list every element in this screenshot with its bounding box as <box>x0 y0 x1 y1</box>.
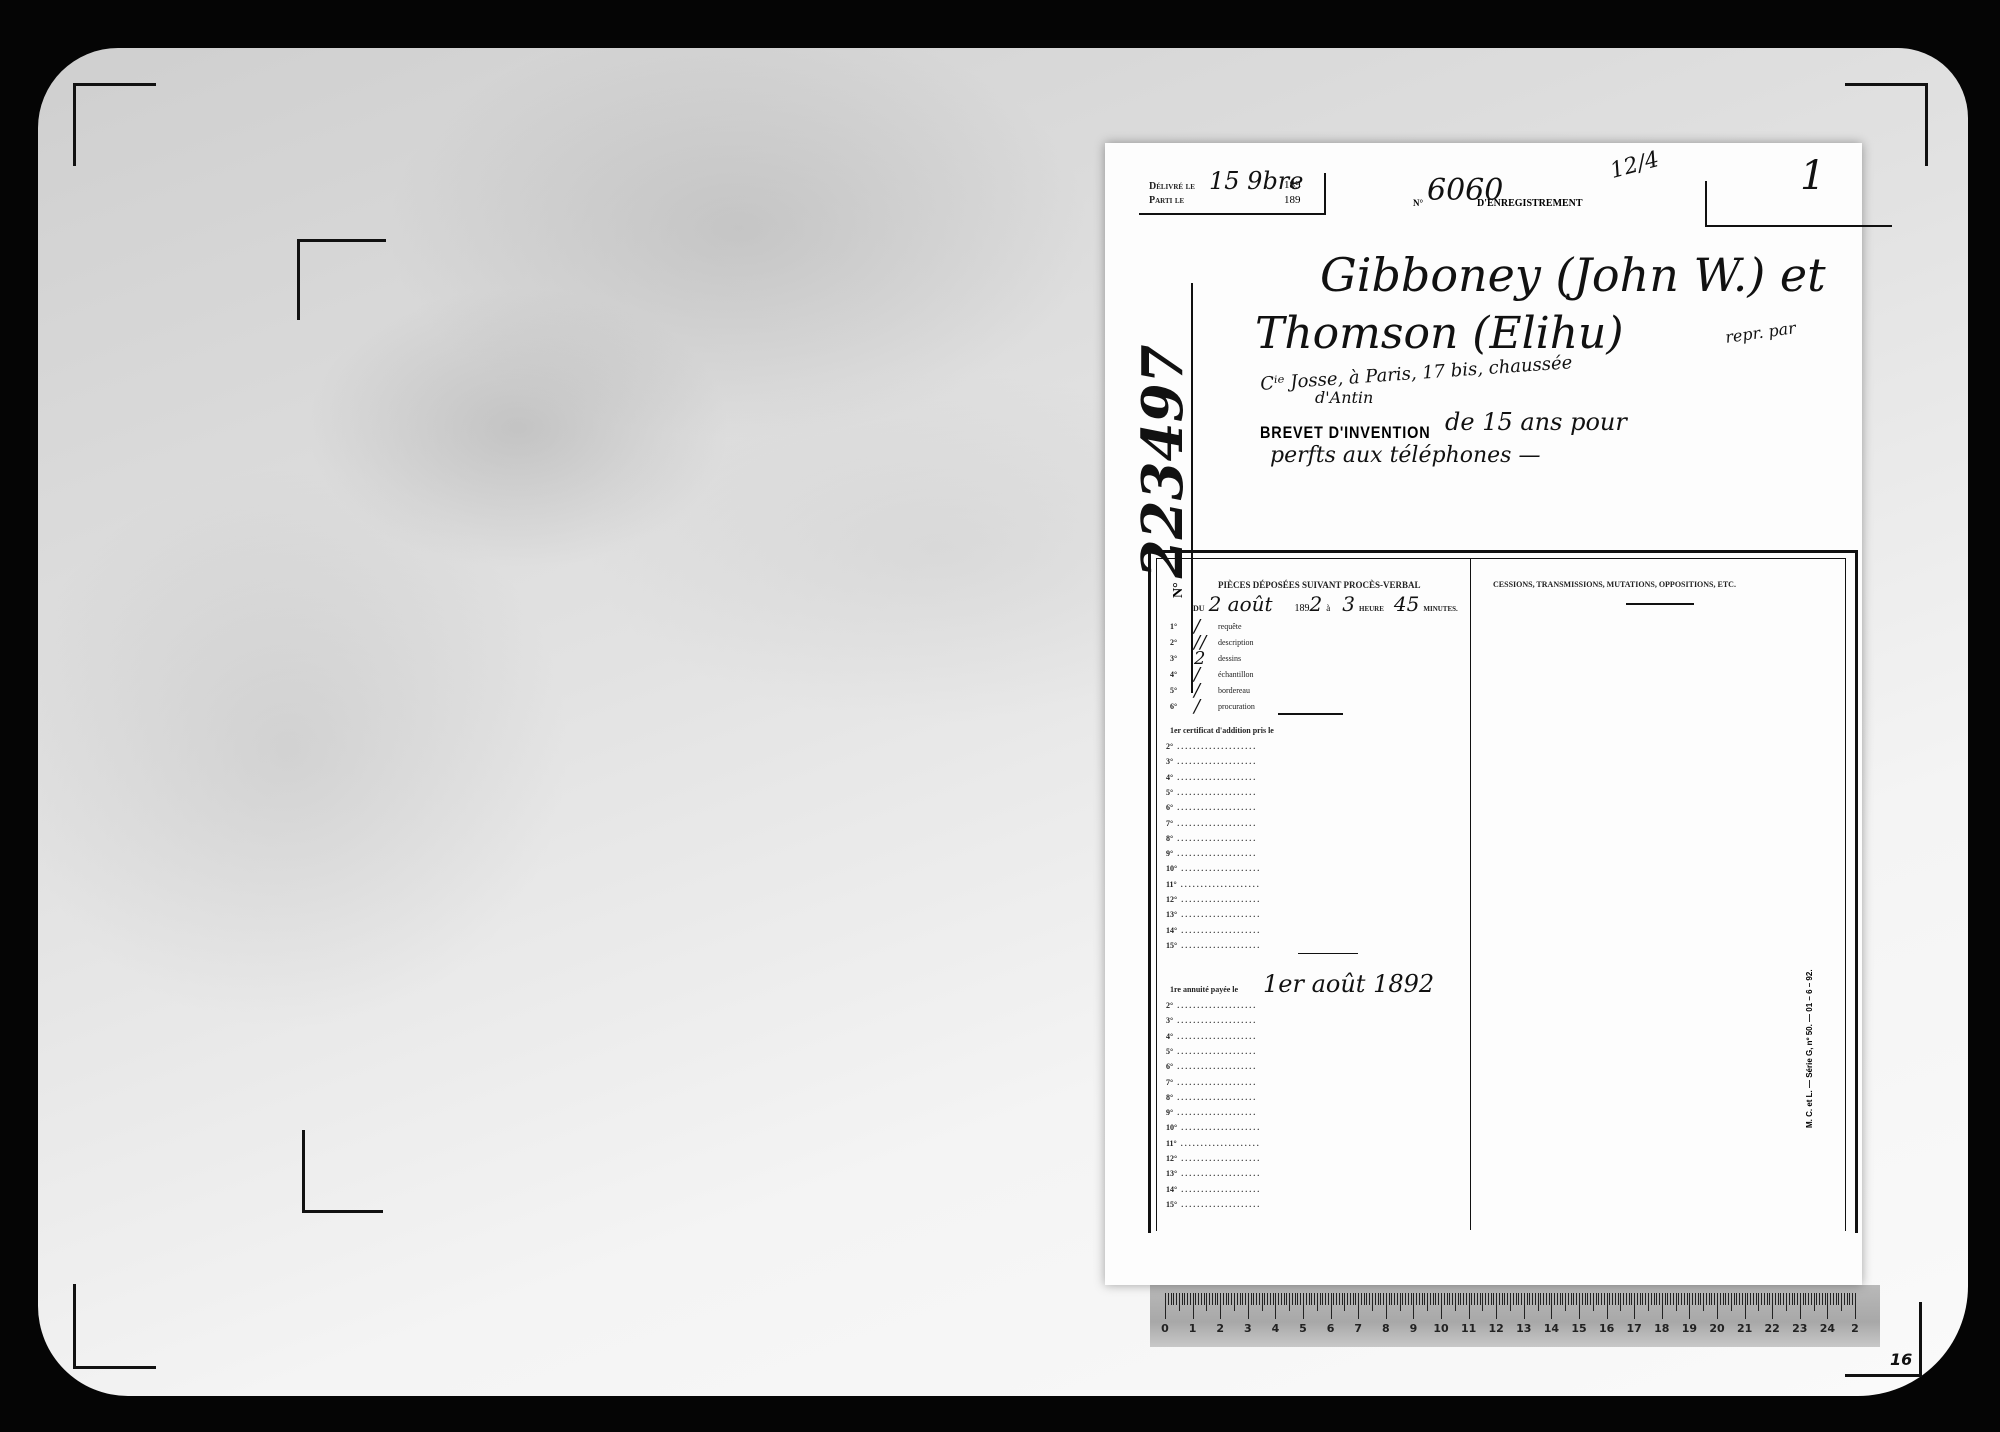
ruler-tick <box>1311 1293 1312 1305</box>
ruler-tick <box>1234 1293 1235 1311</box>
ruler-tick <box>1493 1293 1494 1305</box>
ruler-tick <box>1535 1293 1536 1305</box>
ruler-tick <box>1703 1293 1704 1311</box>
dotted-leader: .................... <box>1177 1200 1261 1209</box>
ruler-label: 7 <box>1354 1322 1362 1335</box>
year-prefix: 189 <box>1295 603 1310 614</box>
ruler-tick <box>1248 1293 1249 1319</box>
ruler-tick <box>1179 1293 1180 1311</box>
annuity-row: 12° .................... <box>1166 1154 1261 1163</box>
annuity-row: 15° .................... <box>1166 1200 1261 1209</box>
dotted-leader: .................... <box>1177 880 1261 889</box>
certificate-row: 9° .................... <box>1166 849 1257 858</box>
ruler-label: 10 <box>1433 1322 1448 1335</box>
ruler-tick <box>1579 1293 1580 1319</box>
certificate-row: 5° .................... <box>1166 788 1257 797</box>
ruler-tick <box>1201 1293 1202 1305</box>
ruler-tick <box>1767 1293 1768 1305</box>
piece-number: 2° <box>1170 638 1177 647</box>
ruler-tick <box>1504 1293 1505 1305</box>
ruler-tick <box>1168 1293 1169 1305</box>
ruler-tick <box>1827 1293 1828 1319</box>
ruler-tick <box>1444 1293 1445 1305</box>
ruler-tick <box>1383 1293 1384 1305</box>
ruler-tick <box>1789 1293 1790 1305</box>
piece-label: dessins <box>1218 654 1241 663</box>
ruler-label: 15 <box>1571 1322 1586 1335</box>
ruler-tick <box>1747 1293 1748 1305</box>
minutes-value: 45 <box>1394 592 1419 616</box>
ruler-tick <box>1353 1293 1354 1305</box>
certificate-row: 6° .................... <box>1166 803 1257 812</box>
ruler-label: 3 <box>1244 1322 1252 1335</box>
ruler-tick <box>1645 1293 1646 1305</box>
ruler-tick <box>1411 1293 1412 1305</box>
annuity-row: 11° .................... <box>1166 1139 1261 1148</box>
dotted-leader: .................... <box>1173 1062 1257 1071</box>
ruler-tick <box>1736 1293 1737 1305</box>
ruler-label: 23 <box>1792 1322 1807 1335</box>
dotted-leader: .................... <box>1177 1139 1261 1148</box>
ruler-tick <box>1435 1293 1436 1305</box>
minutes-label: MINUTES. <box>1423 605 1457 613</box>
ruler-tick <box>1378 1293 1379 1305</box>
ruler-label: 6 <box>1327 1322 1335 1335</box>
dotted-leader: .................... <box>1173 819 1257 828</box>
annuity-row: 7° .................... <box>1166 1078 1257 1087</box>
annuity-row: 3° .................... <box>1166 1016 1257 1025</box>
ruler-tick <box>1485 1293 1486 1305</box>
right-header: CESSIONS, TRANSMISSIONS, MUTATIONS, OPPO… <box>1493 580 1736 589</box>
ruler-tick <box>1339 1293 1340 1305</box>
piece-number: 4° <box>1170 670 1177 679</box>
registration-prefix: N° <box>1413 198 1423 208</box>
ruler-label: 5 <box>1299 1322 1307 1335</box>
ruler-tick <box>1830 1293 1831 1305</box>
ruler-label: 14 <box>1544 1322 1559 1335</box>
ruler-tick <box>1391 1293 1392 1305</box>
ruler-tick <box>1482 1293 1483 1311</box>
ruler-label: 0 <box>1161 1322 1169 1335</box>
certificate-row: 8° .................... <box>1166 834 1257 843</box>
annuity-row: 9° .................... <box>1166 1108 1257 1117</box>
ruler-tick <box>1772 1293 1773 1319</box>
dotted-leader: .................... <box>1177 926 1261 935</box>
ruler-tick <box>1463 1293 1464 1305</box>
ruler-tick <box>1841 1293 1842 1311</box>
ruler-label: 16 <box>1599 1322 1614 1335</box>
ruler-tick <box>1529 1293 1530 1305</box>
ruler-tick <box>1792 1293 1793 1305</box>
ruler-tick <box>1816 1293 1817 1305</box>
ruler-label: 18 <box>1654 1322 1669 1335</box>
ruler-label: 22 <box>1765 1322 1780 1335</box>
row-number: 12° <box>1166 895 1177 904</box>
dotted-leader: .................... <box>1177 941 1261 950</box>
ruler-label: 2 <box>1216 1322 1224 1335</box>
dotted-leader: .................... <box>1177 895 1261 904</box>
ruler-tick <box>1648 1293 1649 1311</box>
ruler-tick <box>1165 1293 1166 1319</box>
dotted-leader: .................... <box>1177 910 1261 919</box>
ruler-tick <box>1309 1293 1310 1305</box>
ruler-tick <box>1543 1293 1544 1305</box>
ruler-tick <box>1582 1293 1583 1305</box>
ruler-tick <box>1215 1293 1216 1305</box>
a-label: à <box>1326 603 1330 613</box>
piece-number: 5° <box>1170 686 1177 695</box>
ruler-tick <box>1322 1293 1323 1305</box>
ruler-tick <box>1546 1293 1547 1305</box>
ruler-tick <box>1585 1293 1586 1305</box>
ruler-tick <box>1281 1293 1282 1305</box>
ruler-tick <box>1471 1293 1472 1305</box>
ruler-tick <box>1626 1293 1627 1305</box>
certificates-divider <box>1298 953 1358 954</box>
row-number: 14° <box>1166 926 1177 935</box>
ruler-tick <box>1209 1293 1210 1305</box>
annuity-row: 10° .................... <box>1166 1123 1261 1132</box>
certificate-row: 4° .................... <box>1166 773 1257 782</box>
ruler-tick <box>1336 1293 1337 1305</box>
certificate-row: 14° .................... <box>1166 926 1261 935</box>
ruler-tick <box>1532 1293 1533 1305</box>
ruler-tick <box>1640 1293 1641 1305</box>
ruler-tick <box>1596 1293 1597 1305</box>
ruler-tick <box>1358 1293 1359 1319</box>
ruler-tick <box>1538 1293 1539 1311</box>
patent-title-label: BREVET D'INVENTION <box>1260 423 1430 443</box>
ruler-tick <box>1811 1293 1812 1305</box>
ruler-label: 11 <box>1461 1322 1476 1335</box>
ruler-tick <box>1438 1293 1439 1305</box>
folio-number: 12/4 <box>1608 147 1662 184</box>
ruler-tick <box>1670 1293 1671 1305</box>
ruler-tick <box>1502 1293 1503 1305</box>
ruler-tick <box>1419 1293 1420 1305</box>
ruler-tick <box>1631 1293 1632 1305</box>
certificate-row: 3° .................... <box>1166 757 1257 766</box>
annuity-row: 4° .................... <box>1166 1032 1257 1041</box>
annuity-first-value: 1er août 1892 <box>1263 970 1434 998</box>
ruler-tick <box>1228 1293 1229 1305</box>
deposit-line: DU 2 août 1892 à 3 HEURE 45 MINUTES. <box>1193 592 1458 616</box>
row-number: 13° <box>1166 1169 1177 1178</box>
row-number: 15° <box>1166 1200 1177 1209</box>
year-suffix: 2 <box>1310 592 1323 616</box>
ruler-tick <box>1571 1293 1572 1305</box>
row-number: 11° <box>1166 1139 1177 1148</box>
ruler-label: 17 <box>1627 1322 1642 1335</box>
ruler-tick <box>1427 1293 1428 1311</box>
ruler-label: 21 <box>1737 1322 1752 1335</box>
ruler-tick <box>1516 1293 1517 1305</box>
annuity-row: 5° .................... <box>1166 1047 1257 1056</box>
ruler-tick <box>1604 1293 1605 1305</box>
ruler-tick <box>1264 1293 1265 1305</box>
ruler-tick <box>1413 1293 1414 1319</box>
ruler-tick <box>1797 1293 1798 1305</box>
ruler-tick <box>1389 1293 1390 1305</box>
ruler-tick <box>1524 1293 1525 1319</box>
dotted-leader: .................... <box>1173 1047 1257 1056</box>
ruler-tick <box>1270 1293 1271 1305</box>
hour-label: HEURE <box>1359 605 1384 613</box>
ruler-tick <box>1778 1293 1779 1305</box>
ruler-tick <box>1667 1293 1668 1305</box>
ruler-tick <box>1587 1293 1588 1305</box>
ruler-tick <box>1380 1293 1381 1305</box>
ruler-tick <box>1620 1293 1621 1311</box>
ruler-tick <box>1844 1293 1845 1305</box>
ruler-tick <box>1441 1293 1442 1319</box>
dotted-leader: .................... <box>1177 1154 1261 1163</box>
pieces-divider <box>1278 713 1343 715</box>
ruler-tick <box>1364 1293 1365 1305</box>
ruler-tick <box>1204 1293 1205 1305</box>
ruler-tick <box>1822 1293 1823 1305</box>
ruler-tick <box>1855 1293 1856 1319</box>
ruler-tick <box>1251 1293 1252 1305</box>
ruler-label: 13 <box>1516 1322 1531 1335</box>
ruler-tick <box>1734 1293 1735 1305</box>
dotted-leader: .................... <box>1173 1078 1257 1087</box>
dotted-leader: .................... <box>1177 1123 1261 1132</box>
ruler-tick <box>1562 1293 1563 1305</box>
du-label: DU <box>1193 604 1205 613</box>
ruler-tick <box>1568 1293 1569 1305</box>
piece-label: description <box>1218 638 1254 647</box>
ruler-tick <box>1847 1293 1848 1305</box>
ruler-tick <box>1794 1293 1795 1305</box>
ruler-tick <box>1273 1293 1274 1305</box>
ruler-tick <box>1833 1293 1834 1305</box>
ruler-tick <box>1745 1293 1746 1319</box>
ruler-tick <box>1267 1293 1268 1305</box>
ruler-tick <box>1220 1293 1221 1319</box>
ruler-tick <box>1673 1293 1674 1305</box>
dotted-leader: .................... <box>1173 1032 1257 1041</box>
dotted-leader: .................... <box>1177 1169 1261 1178</box>
ruler-tick <box>1325 1293 1326 1305</box>
ruler-tick <box>1449 1293 1450 1305</box>
ruler-tick <box>1510 1293 1511 1311</box>
ruler-label: 12 <box>1489 1322 1504 1335</box>
piece-number: 3° <box>1170 654 1177 663</box>
ruler-tick <box>1342 1293 1343 1305</box>
ruler-tick <box>1171 1293 1172 1305</box>
annuity-row: 13° .................... <box>1166 1169 1261 1178</box>
ruler-tick <box>1297 1293 1298 1305</box>
inner-mark-bottom-left <box>302 1130 383 1213</box>
ruler-tick <box>1808 1293 1809 1305</box>
row-number: 14° <box>1166 1185 1177 1194</box>
ruler-tick <box>1394 1293 1395 1305</box>
ruler-tick <box>1637 1293 1638 1305</box>
row-number: 12° <box>1166 1154 1177 1163</box>
ruler-tick <box>1717 1293 1718 1319</box>
ruler-tick <box>1402 1293 1403 1305</box>
ruler-tick <box>1217 1293 1218 1305</box>
ruler-tick <box>1193 1293 1194 1319</box>
ruler-tick <box>1499 1293 1500 1305</box>
ruler-tick <box>1278 1293 1279 1305</box>
ruler-tick <box>1173 1293 1174 1305</box>
ruler-tick <box>1687 1293 1688 1305</box>
certificates-first: 1er certificat d'addition pris le <box>1170 726 1274 735</box>
ruler-tick <box>1284 1293 1285 1305</box>
annuities-first: 1re annuité payée le <box>1170 985 1238 994</box>
ruler-tick <box>1656 1293 1657 1305</box>
piece-label: procuration <box>1218 702 1255 711</box>
ruler-tick <box>1328 1293 1329 1305</box>
dotted-leader: .................... <box>1173 803 1257 812</box>
ruler-tick <box>1819 1293 1820 1305</box>
ruler-tick <box>1659 1293 1660 1305</box>
ruler-tick <box>1259 1293 1260 1305</box>
ruler-tick <box>1212 1293 1213 1305</box>
ruler-tick <box>1375 1293 1376 1305</box>
ruler-tick <box>1386 1293 1387 1319</box>
ruler-tick <box>1836 1293 1837 1305</box>
ruler-label: 4 <box>1272 1322 1280 1335</box>
ruler-tick <box>1430 1293 1431 1305</box>
row-number: 11° <box>1166 880 1177 889</box>
ruler-tick <box>1256 1293 1257 1305</box>
ruler-tick <box>1231 1293 1232 1305</box>
ruler-tick <box>1447 1293 1448 1305</box>
ruler-tick <box>1728 1293 1729 1305</box>
ruler-tick <box>1350 1293 1351 1305</box>
ruler-label: 9 <box>1410 1322 1418 1335</box>
ruler-tick <box>1397 1293 1398 1305</box>
ruler-tick <box>1662 1293 1663 1319</box>
piece-label: requête <box>1218 622 1242 631</box>
sheet-number: 1 <box>1800 153 1825 199</box>
ruler-tick <box>1474 1293 1475 1305</box>
ruler-tick <box>1764 1293 1765 1305</box>
ruler-tick <box>1237 1293 1238 1305</box>
ruler-tick <box>1469 1293 1470 1319</box>
corner-mark-top-left <box>73 83 156 166</box>
ruler-tick <box>1623 1293 1624 1305</box>
ruler-tick <box>1320 1293 1321 1305</box>
ruler-tick <box>1361 1293 1362 1305</box>
dotted-leader: .................... <box>1177 1185 1261 1194</box>
ruler-tick <box>1416 1293 1417 1305</box>
ruler-tick <box>1692 1293 1693 1305</box>
corner-mark-bottom-left <box>73 1284 156 1369</box>
ruler-tick <box>1286 1293 1287 1305</box>
ruler-tick <box>1477 1293 1478 1305</box>
ruler-tick <box>1593 1293 1594 1311</box>
ruler-tick <box>1695 1293 1696 1305</box>
ruler-tick <box>1300 1293 1301 1305</box>
ruler-tick <box>1775 1293 1776 1305</box>
row-number: 15° <box>1166 941 1177 950</box>
ruler-tick <box>1573 1293 1574 1305</box>
dotted-leader: .................... <box>1173 1093 1257 1102</box>
ruler-tick <box>1551 1293 1552 1319</box>
ruler-tick <box>1518 1293 1519 1305</box>
piece-count: / <box>1194 696 1200 717</box>
ruler-tick <box>1576 1293 1577 1305</box>
ruler-tick <box>1253 1293 1254 1305</box>
scale-ruler: 0123456789101112131415161718192021222324… <box>1150 1285 1880 1347</box>
ruler-tick <box>1333 1293 1334 1305</box>
deposit-date: 2 août <box>1209 592 1273 616</box>
ruler-tick <box>1849 1293 1850 1305</box>
ruler-tick <box>1554 1293 1555 1305</box>
patent-number: 223497 <box>1130 344 1196 578</box>
patent-subject-line-2: perfts aux téléphones — <box>1270 443 1540 468</box>
dotted-leader: .................... <box>1173 773 1257 782</box>
ruler-tick <box>1275 1293 1276 1319</box>
ruler-tick <box>1424 1293 1425 1305</box>
deposit-form: PIÈCES DÉPOSÉES SUIVANT PROCÈS-VERBAL DU… <box>1148 550 1858 1236</box>
dotted-leader: .................... <box>1173 1016 1257 1025</box>
ruler-label: 2 <box>1851 1322 1859 1335</box>
ruler-tick <box>1780 1293 1781 1305</box>
ruler-tick <box>1678 1293 1679 1305</box>
ruler-tick <box>1786 1293 1787 1311</box>
right-header-rule <box>1626 603 1694 605</box>
ruler-tick <box>1507 1293 1508 1305</box>
ruler-tick <box>1852 1293 1853 1305</box>
row-number: 10° <box>1166 864 1177 873</box>
piece-label: échantillon <box>1218 670 1254 679</box>
dotted-leader: .................... <box>1173 1108 1257 1117</box>
annuity-row: 6° .................... <box>1166 1062 1257 1071</box>
applicant-line-1: Gibboney (John W.) et <box>1320 248 1826 302</box>
ruler-tick <box>1700 1293 1701 1305</box>
ruler-tick <box>1331 1293 1332 1319</box>
ruler-tick <box>1758 1293 1759 1311</box>
certificate-row: 15° .................... <box>1166 941 1261 950</box>
ruler-label: 19 <box>1682 1322 1697 1335</box>
ruler-tick <box>1184 1293 1185 1305</box>
ruler-tick <box>1488 1293 1489 1305</box>
ruler-tick <box>1684 1293 1685 1305</box>
ruler-tick <box>1182 1293 1183 1305</box>
registration-label: D'ENREGISTREMENT <box>1477 198 1583 209</box>
ruler-tick <box>1681 1293 1682 1305</box>
hour-value: 3 <box>1342 592 1355 616</box>
ruler-tick <box>1303 1293 1304 1319</box>
ruler-tick <box>1612 1293 1613 1305</box>
piece-label: bordereau <box>1218 686 1250 695</box>
left-header: PIÈCES DÉPOSÉES SUIVANT PROCÈS-VERBAL <box>1218 580 1420 590</box>
ruler-tick <box>1714 1293 1715 1305</box>
ruler-tick <box>1289 1293 1290 1311</box>
ruler-label: 24 <box>1820 1322 1835 1335</box>
ruler-tick <box>1814 1293 1815 1311</box>
ruler-tick <box>1711 1293 1712 1305</box>
piece-number: 6° <box>1170 702 1177 711</box>
ruler-tick <box>1609 1293 1610 1305</box>
ruler-tick <box>1739 1293 1740 1305</box>
ruler-tick <box>1665 1293 1666 1305</box>
ruler-tick <box>1344 1293 1345 1311</box>
ruler-tick <box>1634 1293 1635 1319</box>
ruler-tick <box>1369 1293 1370 1305</box>
departed-year: 189 <box>1284 194 1301 206</box>
delivery-box: Délivré le Parti le 189 189 15 9bre <box>1139 173 1326 215</box>
ruler-tick <box>1601 1293 1602 1305</box>
ruler-tick <box>1800 1293 1801 1319</box>
ruler-tick <box>1557 1293 1558 1305</box>
ruler-tick <box>1405 1293 1406 1305</box>
